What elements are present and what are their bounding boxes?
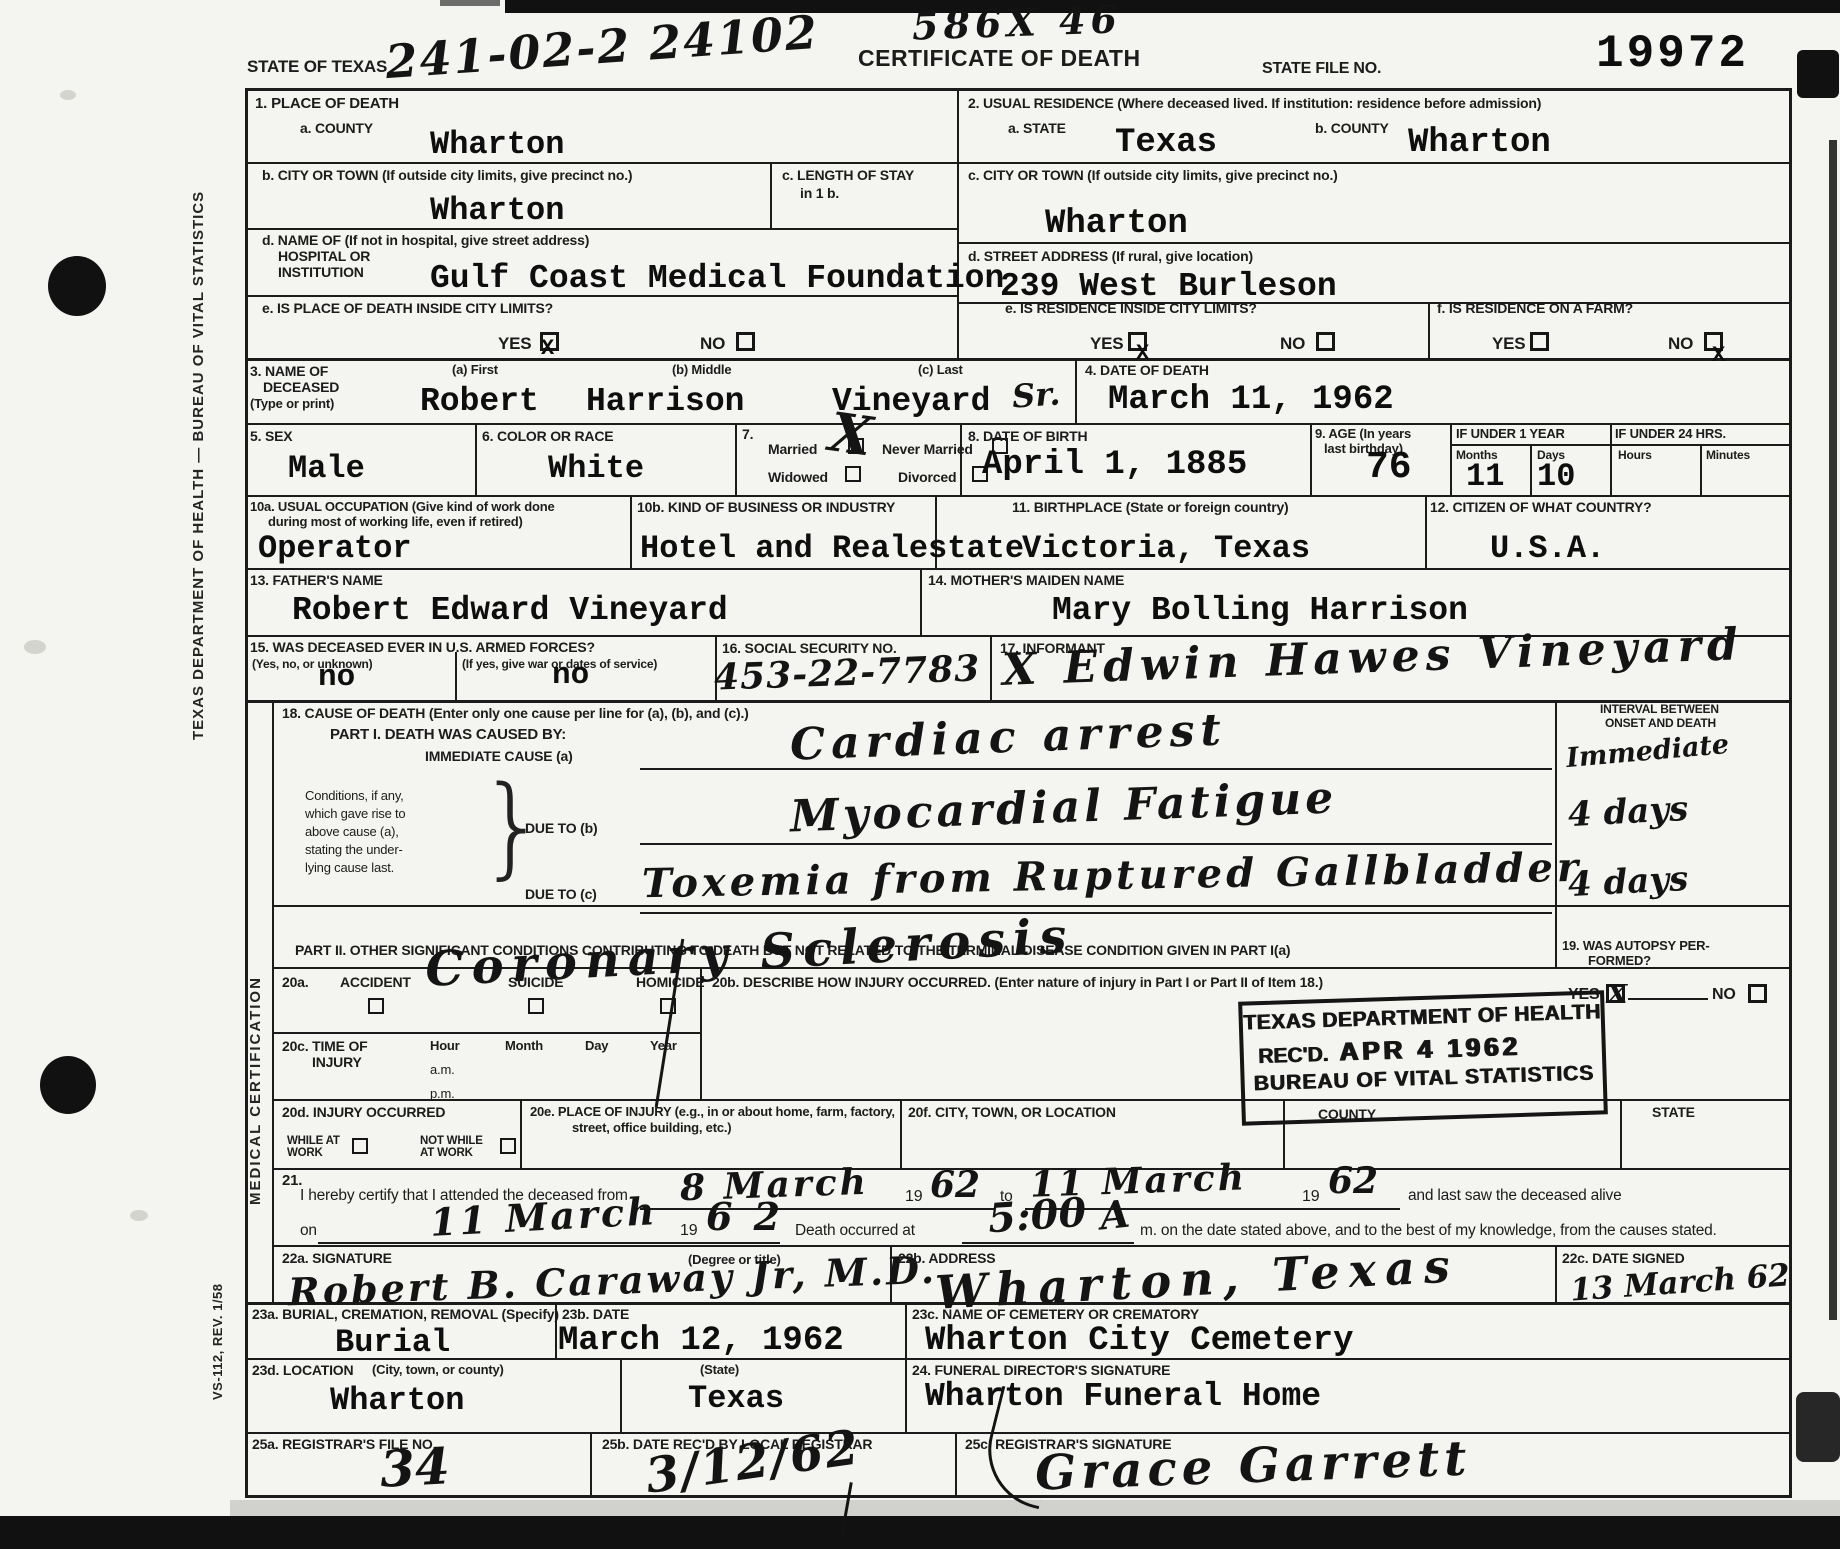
married-label: Married [768,441,817,457]
accident-label: ACCIDENT [340,974,411,990]
place-county-value: Wharton [430,126,564,163]
first-name-label: (a) First [452,362,498,377]
first-name-value: Robert [420,383,539,420]
stamp-date: APR 4 1962 [1338,1031,1521,1067]
widowed-label: Widowed [768,469,828,485]
day-label: Day [585,1038,608,1053]
pm-label: p.m. [430,1086,454,1101]
injury-20e-label2: street, office building, etc.) [572,1120,731,1135]
cause-c-underline [640,912,1552,914]
armed-forces-label: 15. WAS DECEASED EVER IN U.S. ARMED FORC… [250,639,595,655]
race-label: 6. COLOR OR RACE [482,428,613,444]
scan-noise-2 [130,1210,148,1221]
middle-name-label: (b) Middle [672,362,731,377]
due-to-b-label: DUE TO (b) [525,820,597,836]
scan-edge-top-fragment [440,0,500,6]
certify-on-label: on [300,1222,317,1240]
autopsy-no-checkbox [1748,984,1767,1003]
divider [957,88,959,358]
hospital-name-value: Gulf Coast Medical Foundation [430,260,1004,297]
armed-forces-service-answer: no [552,658,589,693]
sex-label: 5. SEX [250,428,292,444]
autopsy-stroke [1628,998,1708,1000]
divider [475,423,477,495]
due-to-c-label: DUE TO (c) [525,886,597,902]
divider [1425,495,1427,568]
occupation-label1: 10a. USUAL OCCUPATION (Give kind of work… [250,499,555,514]
rule [272,1032,700,1034]
residence-city-label: c. CITY OR TOWN (If outside city limits,… [968,167,1338,183]
divider [1620,1099,1622,1168]
due-to-b-interval-handwritten: 4 days [1567,789,1689,835]
injury-state-label: STATE [1652,1104,1695,1120]
certify-text-4: m. on the date stated above, and to the … [1140,1222,1717,1240]
handwritten-certificate-code: 241-02-2 24102 [384,5,821,89]
state-file-no-label: STATE FILE NO. [1262,60,1381,78]
date-of-death-label: 4. DATE OF DEATH [1085,362,1209,378]
conditions-note-line4: stating the under- [305,842,403,857]
date-of-birth-value: April 1, 1885 [982,446,1247,484]
burial-value: Burial [335,1324,450,1361]
cause-of-death-title: 18. CAUSE OF DEATH (Enter only one cause… [282,705,749,721]
homicide-label: HOMICIDE [636,974,704,990]
date-of-death-value: March 11, 1962 [1108,381,1394,419]
residence-title: 2. USUAL RESIDENCE (Where deceased lived… [968,95,1541,111]
margin-agency-vertical-text: TEXAS DEPARTMENT OF HEALTH — BUREAU OF V… [190,228,207,740]
divorced-label: Divorced [898,469,956,485]
year-label: Year [650,1038,677,1053]
residence-state-label: a. STATE [1008,120,1066,136]
divider [770,162,772,228]
handwritten-serial-top: 586X 46 [911,0,1122,49]
deceased-name-title1: 3. NAME OF [250,363,328,379]
conditions-note-line2: which gave rise to [305,806,405,821]
hour-label: Hour [430,1038,460,1053]
certify-19-printed-b: 19 [1302,1188,1319,1206]
scan-blob-top-right [1797,50,1839,98]
residence-state-value: Texas [1115,124,1217,162]
citizen-value: U.S.A. [1490,530,1605,567]
divider [905,1302,907,1432]
scan-noise-3 [60,90,76,100]
punch-hole-top [48,256,106,316]
scan-noise-1 [24,640,46,654]
location-state-sublabel: (State) [700,1362,739,1377]
date-signed-label: 22c. DATE SIGNED [1562,1250,1685,1266]
certify-underline-a1 [640,1208,995,1210]
burial-date-label: 23b. DATE [562,1306,629,1322]
divider [272,700,274,1302]
place-limits-yes-label: YES [498,334,531,354]
injury-20f-label: 20f. CITY, TOWN, OR LOCATION [908,1104,1116,1120]
divider [990,635,992,700]
residence-street-label: d. STREET ADDRESS (If rural, give locati… [968,248,1253,264]
divider [630,495,632,568]
injury-20d-label: 20d. INJURY OCCURRED [282,1104,445,1120]
place-limits-no-label: NO [700,334,725,354]
location-label: 23d. LOCATION [252,1362,353,1378]
burial-date-value: March 12, 1962 [558,1322,844,1360]
mother-name-value: Mary Bolling Harrison [1052,592,1468,629]
residence-city-value: Wharton [1045,205,1188,243]
divider [620,1358,622,1432]
never-married-label: Never Married [882,441,973,457]
certify-underline-b1 [318,1242,780,1244]
divider [1530,444,1532,495]
cemetery-label: 23c. NAME OF CEMETERY OR CREMATORY [912,1306,1199,1322]
location-sublabel: (City, town, or county) [372,1362,504,1377]
margin-form-code-vertical-text: VS-112, REV. 1/58 [210,1188,225,1400]
due-to-c-interval-handwritten: 4 days [1567,859,1689,905]
injury-20c-label1: 20c. TIME OF [282,1038,368,1054]
last-name-label: (c) Last [918,362,963,377]
month-label: Month [505,1038,543,1053]
cause-a-underline [640,768,1552,770]
place-county-label: a. COUNTY [300,120,373,136]
funeral-director-label: 24. FUNERAL DIRECTOR'S SIGNATURE [912,1362,1170,1378]
cause-b-underline [640,843,1552,845]
farm-no-x-mark: X [1712,343,1725,368]
place-city-value: Wharton [430,192,564,229]
certify-time-handwritten: 5:00 [986,1189,1087,1243]
certificate-title: CERTIFICATE OF DEATH [858,45,1141,72]
residence-limits-no-checkbox [1316,332,1335,351]
length-of-stay-sublabel: in 1 b. [800,185,839,201]
due-to-b-value-handwritten: Myocardial Fatigue [789,772,1338,842]
divider [1310,423,1312,495]
mother-name-label: 14. MOTHER'S MAIDEN NAME [928,572,1124,588]
hospital-name-label2: HOSPITAL OR [278,248,370,264]
autopsy-yes-x-mark: X [1607,980,1627,1010]
married-x-mark-handwritten: X [826,399,876,468]
place-city-limits-label: e. IS PLACE OF DEATH INSIDE CITY LIMITS? [262,300,553,316]
residence-limits-no-label: NO [1280,334,1305,354]
interval-header-line1: INTERVAL BETWEEN [1600,702,1719,716]
rule [1450,444,1789,446]
age-label1: 9. AGE (In years [1315,426,1411,441]
divider [1555,1245,1557,1302]
rule [272,905,1789,907]
occupation-label2: during most of working life, even if ret… [268,514,523,529]
if-under-24-hrs-label: IF UNDER 24 HRS. [1615,426,1726,441]
place-of-death-title: 1. PLACE OF DEATH [255,95,399,112]
divider [920,568,922,635]
armed-forces-answer: no [318,660,355,695]
hours-label: Hours [1618,448,1652,462]
stamp-recd-label: REC'D. [1258,1043,1329,1068]
father-name-label: 13. FATHER'S NAME [250,572,383,588]
state-file-number-value: 19972 [1596,28,1749,80]
length-of-stay-label: c. LENGTH OF STAY [782,167,914,183]
birthplace-label: 11. BIRTHPLACE (State or foreign country… [1012,499,1289,515]
scan-blob-bottom-right [1796,1392,1840,1462]
divider [960,423,962,495]
residence-county-value: Wharton [1408,124,1551,162]
margin-medical-certification-vertical-text: MEDICAL CERTIFICATION [247,773,264,1205]
rule [245,495,1789,497]
conditions-note-line5: lying cause last. [305,860,394,875]
not-while-at-work-checkbox [500,1138,516,1154]
certify-text-3: Death occurred at [795,1222,915,1240]
am-label: a.m. [430,1062,454,1077]
scan-edge-top [505,0,1840,13]
days-value: 10 [1537,458,1575,495]
part1-label: PART I. DEATH WAS CAUSED BY: [330,726,566,743]
death-certificate-scan: TEXAS DEPARTMENT OF HEALTH — BUREAU OF V… [0,0,1840,1549]
suicide-label: SUICIDE [508,974,563,990]
birthplace-value: Victoria, Texas [1022,530,1310,567]
certify-19-printed-a: 19 [905,1188,922,1206]
date-of-birth-label: 8. DATE OF BIRTH [968,428,1087,444]
deceased-name-title3: (Type or print) [250,396,334,411]
certify-from-year-handwritten: 62 [930,1164,980,1206]
ssn-value-handwritten: 453-22-7783 [713,647,981,698]
if-under-1-year-label: IF UNDER 1 YEAR [1456,426,1565,441]
divider [900,1099,902,1168]
certify-underline-b2 [962,1242,1134,1244]
rule [245,568,1789,570]
divider [1450,423,1452,495]
citizen-label: 12. CITIZEN OF WHAT COUNTRY? [1430,499,1652,515]
certify-19-printed-c: 19 [680,1222,697,1240]
hospital-name-label3: INSTITUTION [278,264,364,280]
due-to-c-value-handwritten: Toxemia from Ruptured Gallbladder [642,844,1583,907]
immediate-cause-value-handwritten: Cardiac arrest [789,704,1227,770]
funeral-director-value: Wharton Funeral Home [925,1378,1321,1415]
divider [520,1099,522,1168]
informant-signature-handwritten: X Edwin Hawes Vineyard [1001,619,1744,696]
divider [455,652,457,700]
interval-header-line2: ONSET AND DEATH [1605,716,1716,730]
months-value: 11 [1466,458,1504,495]
certify-to-year-handwritten: 62 [1328,1160,1378,1202]
injury-20e-label1: 20e. PLACE OF INJURY (e.g., in or about … [530,1104,895,1119]
father-name-value: Robert Edward Vineyard [292,592,728,629]
farm-yes-label: YES [1492,334,1525,354]
state-of-texas-label: STATE OF TEXAS [247,57,387,77]
place-limits-yes-x-mark: X [541,336,554,361]
injury-20a-label: 20a. [282,974,308,990]
certify-text-2: and last saw the deceased alive [1408,1187,1622,1205]
farm-no-label: NO [1668,334,1693,354]
punch-hole-bottom [40,1056,96,1114]
injury-20b-label: 20b. DESCRIBE HOW INJURY OCCURRED. (Ente… [712,974,1323,990]
divider [1428,302,1430,358]
minutes-label: Minutes [1706,448,1750,462]
place-city-label: b. CITY OR TOWN (If outside city limits,… [262,167,632,183]
name-suffix-handwritten: Sr. [1011,374,1062,415]
certify-lastseen-year-handwritten: 6 2 [706,1194,784,1239]
industry-label: 10b. KIND OF BUSINESS OR INDUSTRY [637,499,895,515]
immediate-interval-handwritten: Immediate [1565,729,1730,774]
injury-20c-label2: INJURY [312,1054,362,1070]
occupation-value: Operator [258,530,412,567]
divider [955,1432,957,1495]
residence-county-label: b. COUNTY [1315,120,1389,136]
divider [1700,444,1702,495]
while-at-work-label1: WHILE AT [287,1135,340,1147]
divider [590,1432,592,1495]
conditions-note-line3: above cause (a), [305,824,399,839]
not-while-at-work-label1: NOT WHILE [420,1135,483,1147]
rule [272,1245,1789,1247]
industry-value: Hotel and Realestate [640,530,1024,567]
registrar-file-value-handwritten: 34 [379,1436,452,1499]
form-border-top [245,88,1792,91]
while-at-work-label2: WORK [287,1147,323,1159]
rule [245,700,1789,703]
residence-city-limits-label: e. IS RESIDENCE INSIDE CITY LIMITS? [1005,300,1257,316]
deceased-name-title2: DECEASED [263,379,339,395]
scan-edge-right-strip [1829,140,1837,1320]
autopsy-label-line1: 19. WAS AUTOPSY PER- [1562,938,1709,953]
physician-signature-label: 22a. SIGNATURE [282,1250,392,1266]
accident-checkbox [368,998,384,1014]
residence-farm-label: f. IS RESIDENCE ON A FARM? [1437,300,1633,316]
while-at-work-checkbox [352,1138,368,1154]
burial-label: 23a. BURIAL, CREMATION, REMOVAL (Specify… [252,1306,559,1322]
divider [1075,358,1077,423]
race-value: White [548,450,644,487]
location-state-value: Texas [688,1380,784,1417]
not-while-at-work-label2: AT WORK [420,1147,473,1159]
suicide-checkbox [528,998,544,1014]
conditions-note-line1: Conditions, if any, [305,788,404,803]
rule [245,358,1789,361]
middle-name-value: Harrison [586,383,744,420]
scan-edge-bottom [0,1516,1840,1549]
sex-value: Male [288,450,365,487]
cemetery-value: Wharton City Cemetery [925,1322,1353,1360]
place-limits-no-checkbox [736,332,755,351]
received-stamp: TEXAS DEPARTMENT OF HEALTH REC'D. APR 4 … [1238,990,1608,1125]
residence-limits-yes-label: YES [1090,334,1123,354]
hospital-name-label: d. NAME OF (If not in hospital, give str… [262,232,589,248]
autopsy-label-line2: FORMED? [1588,953,1651,968]
location-value: Wharton [330,1382,464,1419]
divider [735,423,737,495]
divider [1610,423,1612,495]
marital-status-label: 7. [742,426,753,442]
certify-ampm-handwritten: A [1098,1191,1132,1239]
form-border-left [245,88,248,1498]
widowed-checkbox [845,466,861,482]
divider [1555,700,1557,967]
age-value: 76 [1366,446,1412,489]
autopsy-no-label: NO [1712,986,1736,1004]
farm-yes-checkbox [1530,332,1549,351]
rule [245,228,957,230]
